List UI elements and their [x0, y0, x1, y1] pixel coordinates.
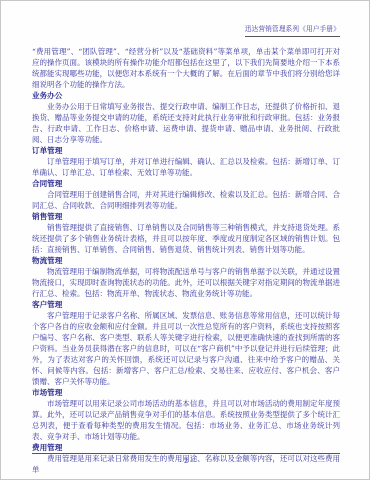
document-section: 订单管理 订单管理用于填写订单，并对订单进行编辑、确认、汇总以及检索。包括：新增…: [32, 145, 340, 178]
document-section: 销售管理 销售管理提供了直接销售、订单销售以及合同销售等三种销售模式，并支持退货…: [32, 211, 340, 255]
section-paragraph: 订单管理用于填写订单，并对订单进行编辑、确认、汇总以及检索。包括：新增订单、订单…: [32, 156, 340, 178]
document-section: 市场管理 市场管理可以用来记录公司市场活动的基本信息，并且可以对市场活动的费用制…: [32, 387, 340, 442]
section-heading: 物流管理: [32, 255, 340, 266]
section-heading: 市场管理: [32, 387, 340, 398]
section-paragraph: 物流管理用于编制物流单据，可将物流配送单号与客户的销售单据予以关联，并通过设置物…: [32, 266, 340, 299]
document-section: 客户管理 客户管理用于记录客户名称、所属区域、发票信息、账务信息等常用信息，还可…: [32, 299, 340, 387]
document-section: 合同管理 合同管理用于创建销售合同，并对其进行编辑修改、检索以及汇总。包括：新增…: [32, 178, 340, 211]
document-body: “费用管理”、“团队管理”、“经营分析”以及“基础资料”等菜单项，单击某个菜单即…: [32, 46, 340, 475]
section-heading: 费用管理: [32, 442, 340, 453]
page-header: 迅达营销管理系列《用户手册》: [32, 21, 340, 37]
section-heading: 合同管理: [32, 178, 340, 189]
section-paragraph: 销售管理提供了直接销售、订单销售以及合同销售等三种销售模式，并支持退货处理。系统…: [32, 222, 340, 255]
document-page: 迅达营销管理系列《用户手册》 “费用管理”、“团队管理”、“经营分析”以及“基础…: [0, 0, 370, 480]
section-heading: 客户管理: [32, 299, 340, 310]
section-heading: 订单管理: [32, 145, 340, 156]
section-paragraph: 市场管理可以用来记录公司市场活动的基本信息，并且可以对市场活动的费用制定年度预算…: [32, 398, 340, 442]
section-paragraph: 合同管理用于创建销售合同，并对其进行编辑修改、检索以及汇总。包括：新增合同、合同…: [32, 189, 340, 211]
section-paragraph: 客户管理用于记录客户名称、所属区域、发票信息、账务信息等常用信息，还可以统计每个…: [32, 310, 340, 387]
section-paragraph: 业务办公用于日常填写业务报告、提交行政申请、编制工作日志，还提供了价格折扣、退换…: [32, 101, 340, 145]
intro-paragraph: “费用管理”、“团队管理”、“经营分析”以及“基础资料”等菜单项，单击某个菜单即…: [32, 46, 340, 90]
header-title: 迅达营销管理系列《用户手册》: [245, 25, 340, 37]
footer-divider: [32, 453, 340, 454]
page-footer: - 2 -: [32, 453, 340, 479]
document-section: 业务办公 业务办公用于日常填写业务报告、提交行政申请、编制工作日志，还提供了价格…: [32, 90, 340, 145]
page-number: - 2 -: [32, 457, 340, 465]
section-heading: 销售管理: [32, 211, 340, 222]
section-heading: 业务办公: [32, 90, 340, 101]
document-section: 物流管理 物流管理用于编制物流单据，可将物流配送单号与客户的销售单据予以关联，并…: [32, 255, 340, 299]
